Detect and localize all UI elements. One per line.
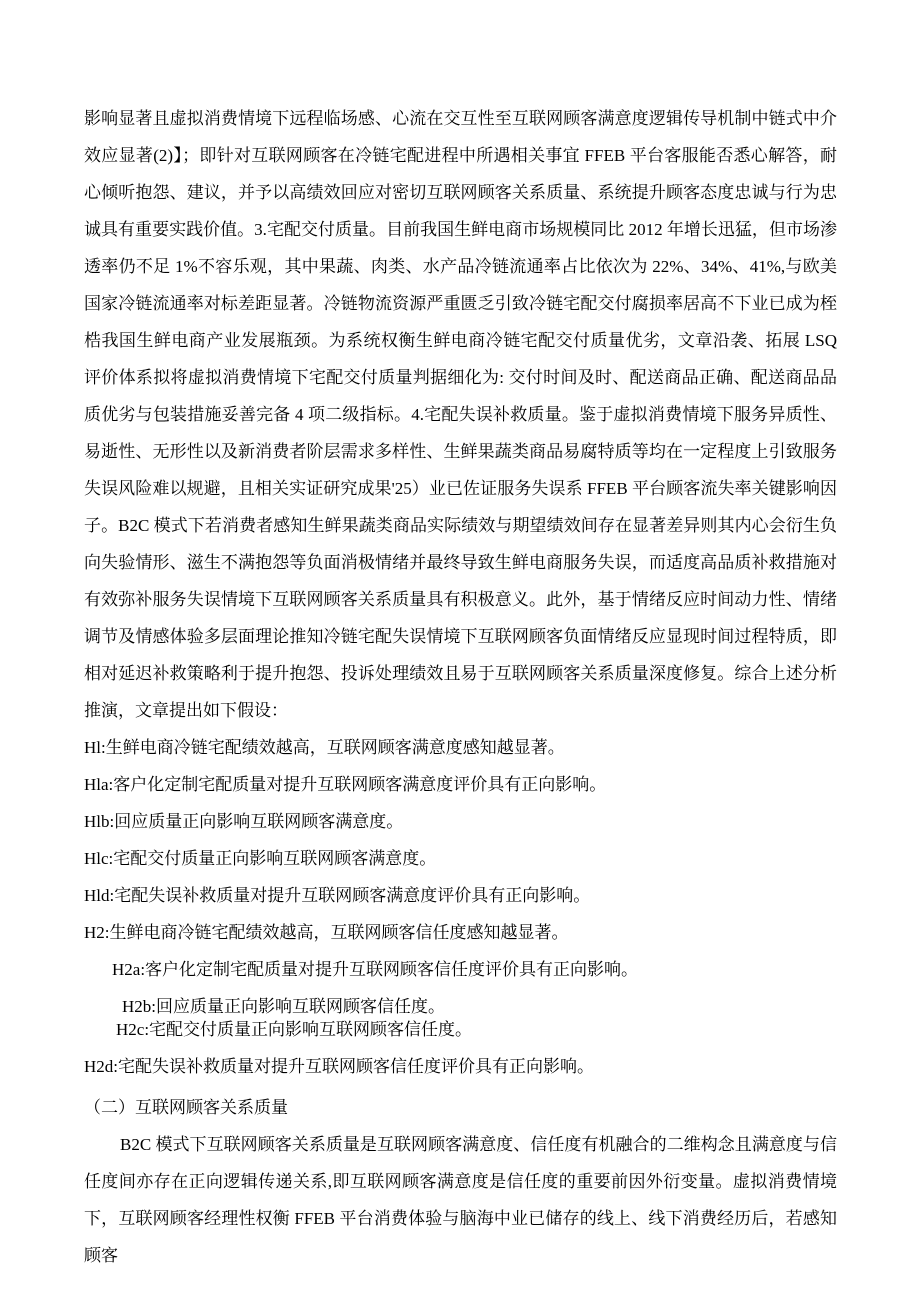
hypothesis-h1c: Hlc:宅配交付质量正向影响互联网顾客满意度。 xyxy=(84,840,837,877)
section-heading: （二）互联网顾客关系质量 xyxy=(84,1089,837,1126)
paragraph-delivery-quality: 影响显著且虚拟消费情境下远程临场感、心流在交互性至互联网顾客满意度逻辑传导机制中… xyxy=(84,100,837,729)
hypothesis-h2c: H2c:宅配交付质量正向影响互联网顾客信任度。 xyxy=(84,1011,837,1048)
hypothesis-h2: H2:生鲜电商冷链宅配绩效越高，互联网顾客信任度感知越显著。 xyxy=(84,914,837,951)
hypothesis-h2d: H2d:宅配失误补救质量对提升互联网顾客信任度评价具有正向影响。 xyxy=(84,1048,837,1085)
hypothesis-h1b: Hlb:回应质量正向影响互联网顾客满意度。 xyxy=(84,803,837,840)
hypothesis-h1d: Hld:宅配失误补救质量对提升互联网顾客满意度评价具有正向影响。 xyxy=(84,877,837,914)
document-page: 影响显著且虚拟消费情境下远程临场感、心流在交互性至互联网顾客满意度逻辑传导机制中… xyxy=(0,0,920,1301)
hypotheses-list: Hl:生鲜电商冷链宅配绩效越高，互联网顾客满意度感知越显著。 Hla:客户化定制… xyxy=(84,729,837,1085)
hypothesis-h1: Hl:生鲜电商冷链宅配绩效越高，互联网顾客满意度感知越显著。 xyxy=(84,729,837,766)
hypothesis-h1a: Hla:客户化定制宅配质量对提升互联网顾客满意度评价具有正向影响。 xyxy=(84,766,837,803)
hypothesis-h2a: H2a:客户化定制宅配质量对提升互联网顾客信任度评价具有正向影响。 xyxy=(84,951,837,988)
paragraph-relationship-quality: B2C 模式下互联网顾客关系质量是互联网顾客满意度、信任度有机融合的二维构念且满… xyxy=(84,1126,837,1274)
document-content: 影响显著且虚拟消费情境下远程临场感、心流在交互性至互联网顾客满意度逻辑传导机制中… xyxy=(84,100,837,1274)
